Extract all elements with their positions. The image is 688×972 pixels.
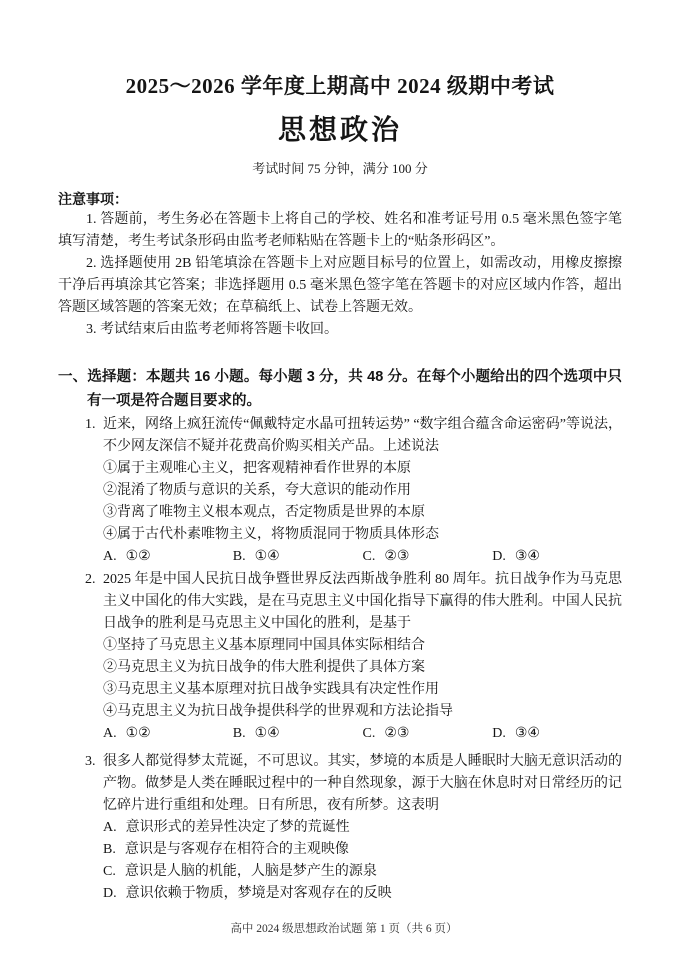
question-2-choice-row: A.①② B.①④ C.②③ D.③④	[103, 723, 622, 745]
choice-text: ③④	[515, 726, 540, 741]
question-3-number: 3.	[85, 751, 96, 773]
question-1-item-3: ③背离了唯物主义根本观点，否定物质是世界的本原	[103, 502, 622, 524]
question-1-item-2: ②混淆了物质与意识的关系，夸大意识的能动作用	[103, 480, 622, 502]
notice-heading: 注意事项：	[58, 189, 622, 209]
choice-label: B.	[103, 842, 116, 857]
question-3-choice-c: C.意识是人脑的机能，人脑是梦产生的源泉	[103, 861, 622, 883]
question-2-choice-c: C.②③	[363, 723, 493, 745]
question-2-choice-b: B.①④	[233, 723, 363, 745]
choice-label: A.	[103, 820, 117, 835]
page-title: 2025～2026 学年度上期高中 2024 级期中考试	[58, 70, 622, 100]
question-1-choice-b: B.①④	[233, 546, 363, 568]
choice-label: C.	[103, 864, 116, 879]
choice-label: C.	[363, 549, 376, 564]
exam-header: 2025～2026 学年度上期高中 2024 级期中考试 思想政治 考试时间 7…	[58, 70, 622, 177]
question-2-item-1: ①坚持了马克思主义基本原理同中国具体实际相结合	[103, 635, 622, 657]
question-2-item-3: ③马克思主义基本原理对抗日战争实践具有决定性作用	[103, 679, 622, 701]
question-2-item-2: ②马克思主义为抗日战争的伟大胜利提供了具体方案	[103, 657, 622, 679]
question-1-item-1: ①属于主观唯心主义，把客观精神看作世界的本原	[103, 458, 622, 480]
question-1: 1. 近来，网络上疯狂流传“佩戴特定水晶可扭转运势” “数字组合蕴含命运密码”等…	[103, 414, 622, 568]
choice-label: D.	[492, 549, 506, 564]
choice-text: ③④	[515, 549, 540, 564]
choice-text: 意识是人脑的机能，人脑是梦产生的源泉	[125, 864, 377, 879]
question-1-choice-a: A.①②	[103, 546, 233, 568]
choice-text: ①②	[126, 726, 151, 741]
choice-text: 意识依赖于物质，梦境是对客观存在的反映	[126, 886, 392, 901]
section-heading: 一、选择题：本题共 16 小题。每小题 3 分，共 48 分。在每个小题给出的四…	[58, 365, 622, 413]
choice-label: C.	[363, 726, 376, 741]
choice-text: 意识是与客观存在相符合的主观映像	[125, 842, 349, 857]
choice-label: D.	[492, 726, 506, 741]
choice-label: B.	[233, 726, 246, 741]
choice-label: D.	[103, 886, 117, 901]
choice-text: ②③	[384, 549, 409, 564]
choice-text: ①②	[126, 549, 151, 564]
exam-info: 考试时间 75 分钟，满分 100 分	[58, 158, 622, 177]
question-3-stem: 很多人都觉得梦太荒诞，不可思议。其实，梦境的本质是人睡眠时大脑无意识活动的产物。…	[103, 751, 622, 817]
question-2-number: 2.	[85, 569, 96, 591]
question-2: 2. 2025 年是中国人民抗日战争暨世界反法西斯战争胜利 80 周年。抗日战争…	[103, 569, 622, 745]
question-3-choice-a: A.意识形式的差异性决定了梦的荒诞性	[103, 817, 622, 839]
question-3: 3. 很多人都觉得梦太荒诞，不可思议。其实，梦境的本质是人睡眠时大脑无意识活动的…	[103, 751, 622, 905]
question-2-stem: 2025 年是中国人民抗日战争暨世界反法西斯战争胜利 80 周年。抗日战争作为马…	[103, 569, 622, 635]
choice-label: A.	[103, 726, 117, 741]
notice-item-3: 3. 考试结束后由监考老师将答题卡收回。	[58, 319, 622, 341]
question-1-choice-d: D.③④	[492, 546, 622, 568]
notice-section: 注意事项： 1. 答题前，考生务必在答题卡上将自己的学校、姓名和准考证号用 0.…	[58, 189, 622, 341]
question-3-choice-d: D.意识依赖于物质，梦境是对客观存在的反映	[103, 883, 622, 905]
choice-text: ②③	[384, 726, 409, 741]
page-footer: 高中 2024 级思想政治试题 第 1 页（共 6 页）	[0, 920, 688, 936]
choice-label: A.	[103, 549, 117, 564]
question-1-item-4: ④属于古代朴素唯物主义，将物质混同于物质具体形态	[103, 524, 622, 546]
question-3-choice-b: B.意识是与客观存在相符合的主观映像	[103, 839, 622, 861]
choice-text: 意识形式的差异性决定了梦的荒诞性	[126, 820, 350, 835]
question-2-choice-d: D.③④	[492, 723, 622, 745]
question-2-choice-a: A.①②	[103, 723, 233, 745]
exam-page: 2025～2026 学年度上期高中 2024 级期中考试 思想政治 考试时间 7…	[0, 0, 688, 905]
notice-item-2: 2. 选择题使用 2B 铅笔填涂在答题卡上对应题目标号的位置上，如需改动，用橡皮…	[58, 253, 622, 319]
choice-label: B.	[233, 549, 246, 564]
question-1-choice-c: C.②③	[363, 546, 493, 568]
question-1-number: 1.	[85, 414, 96, 436]
notice-item-1: 1. 答题前，考生务必在答题卡上将自己的学校、姓名和准考证号用 0.5 毫米黑色…	[58, 209, 622, 253]
question-1-choice-row: A.①② B.①④ C.②③ D.③④	[103, 546, 622, 568]
question-2-item-4: ④马克思主义为抗日战争提供科学的世界观和方法论指导	[103, 701, 622, 723]
choice-text: ①④	[255, 549, 280, 564]
question-1-stem: 近来，网络上疯狂流传“佩戴特定水晶可扭转运势” “数字组合蕴含命运密码”等说法，…	[103, 414, 622, 458]
choice-text: ①④	[255, 726, 280, 741]
subject-title: 思想政治	[58, 108, 622, 148]
